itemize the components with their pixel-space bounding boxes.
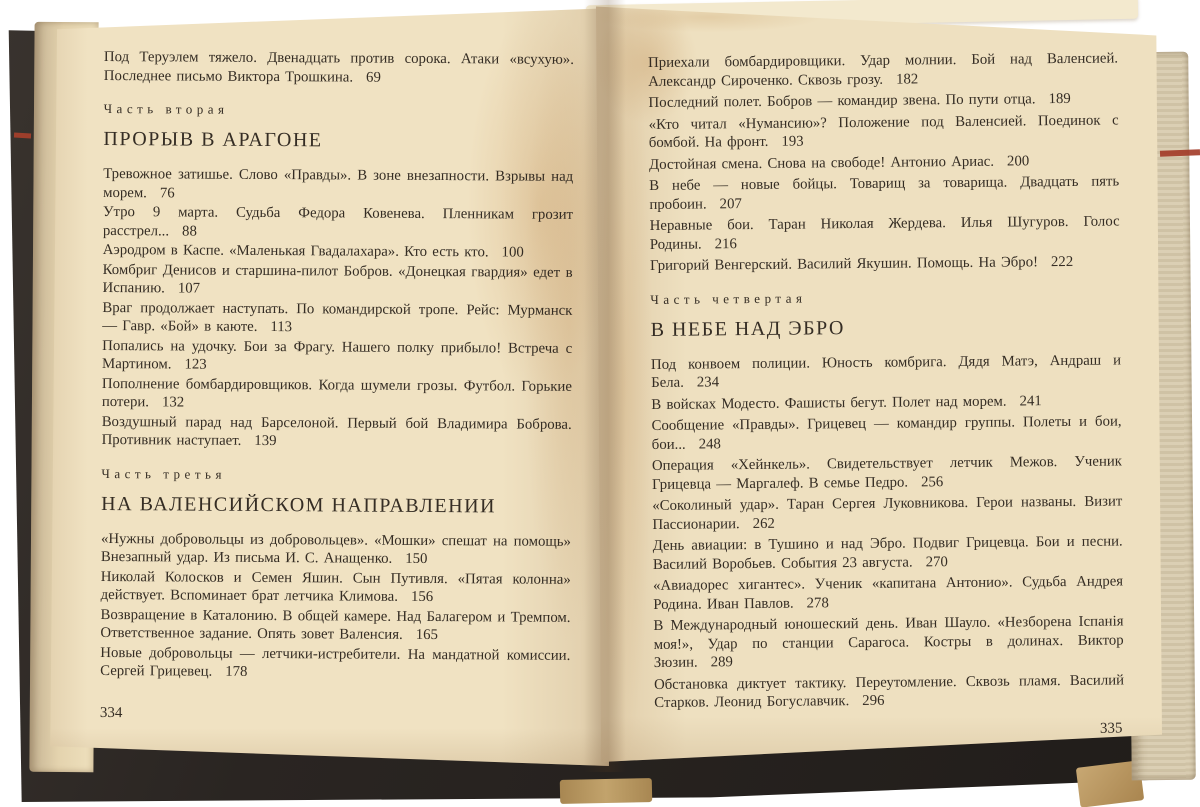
toc-entry: Утро 9 марта. Судьба Федора Ковенева. Пл…	[103, 203, 573, 243]
toc-entry: Николай Колосков и Семен Яшин. Сын Путив…	[101, 567, 571, 607]
toc-entry-pagenum: 100	[489, 244, 524, 260]
toc-entry-text: Под конвоем полиции. Юность комбрига. Дя…	[651, 352, 1121, 391]
toc-entry: Сообщение «Правды». Грицевец — командир …	[651, 412, 1121, 454]
red-edge-mark-left	[14, 133, 31, 139]
toc-entry-text: Последний полет. Бобров — командир звена…	[648, 91, 1035, 111]
toc-entry-text: «Соколиный удар». Таран Сергея Луковнико…	[652, 493, 1122, 532]
part-heading: Часть третья	[101, 465, 571, 484]
toc-entry-pagenum: 289	[698, 654, 733, 670]
chapter-title: В НЕБЕ НАД ЭБРО	[651, 313, 1121, 342]
toc-entry-pagenum: 278	[794, 595, 829, 611]
toc-entry-text: Николай Колосков и Семен Яшин. Сын Путив…	[101, 568, 571, 604]
gutter-shadow	[584, 0, 626, 772]
toc-entry: В войсках Модесто. Фашисты бегут. Полет …	[651, 391, 1121, 414]
toc-entry-pagenum: 222	[1038, 254, 1073, 270]
page-number-left: 334	[100, 704, 570, 724]
toc-entry: Новые добровольцы — летчики-истребители.…	[100, 643, 570, 683]
toc-entry-pagenum: 216	[702, 236, 737, 252]
toc-entry-pagenum: 76	[147, 185, 175, 201]
toc-entry-text: Григорий Венгерский. Василий Якушин. Пом…	[650, 254, 1038, 274]
toc-entry-text: «Нужны добровольцы из добровольцев». «Мо…	[101, 530, 571, 566]
toc-entry-pagenum: 234	[684, 374, 719, 390]
toc-entry-text: День авиации: в Тушино и над Эбро. Подви…	[653, 533, 1123, 572]
toc-entry-pagenum: 193	[768, 134, 803, 150]
toc-entry-text: Воздушный парад над Барселоной. Первый б…	[102, 413, 572, 448]
toc-entry-pagenum: 182	[883, 71, 918, 87]
toc-entry-pagenum: 200	[994, 153, 1029, 169]
toc-entry-pagenum: 256	[908, 474, 943, 490]
right-page-text-column: Приехали бомбардировщики. Удар молнии. Б…	[648, 49, 1125, 741]
left-page: Под Теруэлем тяжело. Двенадцать против с…	[48, 8, 614, 766]
toc-entry: Григорий Венгерский. Василий Якушин. Пом…	[650, 252, 1120, 275]
toc-entry-pagenum: 113	[257, 319, 292, 335]
toc-entry-pagenum: 270	[913, 554, 948, 570]
toc-entry: Обстановка диктует тактику. Переутомлени…	[654, 671, 1124, 713]
toc-entry: Воздушный парад над Барселоной. Первый б…	[102, 412, 572, 452]
toc-entry-pagenum: 189	[1035, 91, 1070, 107]
toc-entry-text: Операция «Хейнкель». Свидетельствует лет…	[652, 453, 1122, 492]
toc-entry: Неравные бои. Таран Николая Жердева. Иль…	[650, 212, 1120, 254]
toc-entry-pagenum: 88	[169, 223, 197, 239]
toc-entry-text: В войсках Модесто. Фашисты бегут. Полет …	[651, 393, 1006, 412]
book-photo: Под Теруэлем тяжело. Двенадцать против с…	[0, 0, 1200, 807]
toc-entry-text: «Кто читал «Нумансию»? Положение под Вал…	[649, 112, 1119, 151]
toc-entry-pagenum: 296	[849, 693, 884, 709]
toc-entry: Возвращение в Каталонию. В общей камере.…	[100, 605, 570, 645]
toc-entry-text: Возвращение в Каталонию. В общей камере.…	[100, 606, 570, 642]
toc-entry-pagenum: 107	[165, 280, 200, 296]
toc-entry-pagenum: 241	[1006, 393, 1041, 409]
toc-entry-text: Достойная смена. Снова на свободе! Антон…	[649, 153, 994, 172]
part-heading: Часть вторая	[104, 101, 574, 120]
toc-entry: Аэродром в Каспе. «Маленькая Гвадалахара…	[103, 241, 573, 262]
toc-entry-pagenum: 69	[353, 69, 381, 85]
toc-entry-text: Под Теруэлем тяжело. Двенадцать против с…	[104, 49, 574, 85]
toc-entry-pagenum: 123	[171, 356, 206, 372]
page-number-right: 335	[654, 720, 1124, 742]
toc-entry-pagenum: 207	[707, 196, 742, 212]
toc-entry-pagenum: 132	[149, 394, 184, 410]
toc-entry: Пополнение бомбардировщиков. Когда шумел…	[102, 374, 572, 414]
toc-entry-pagenum: 139	[241, 433, 276, 449]
toc-entry: Комбриг Денисов и старшина-пилот Бобров.…	[102, 260, 572, 300]
red-edge-mark-right	[1160, 149, 1200, 156]
toc-entry: «Нужны добровольцы из добровольцев». «Мо…	[101, 529, 571, 569]
toc-entry-text: Обстановка диктует тактику. Переутомлени…	[654, 672, 1124, 711]
toc-entry-text: Сообщение «Правды». Грицевец — командир …	[651, 413, 1121, 452]
toc-entry-pagenum: 178	[212, 664, 247, 680]
toc-entry-pagenum: 262	[740, 515, 775, 531]
toc-entry-text: «Авиадорес хигантес». Ученик «капитана А…	[653, 573, 1123, 612]
left-page-text-column: Под Теруэлем тяжело. Двенадцать против с…	[100, 48, 574, 724]
toc-entry: Под конвоем полиции. Юность комбрига. Дя…	[651, 351, 1121, 393]
toc-entry-pagenum: 165	[403, 627, 438, 643]
toc-entry: Попались на удочку. Бои за Фрагу. Нашего…	[102, 336, 572, 376]
chapter-title: ПРОРЫВ В АРАГОНЕ	[103, 127, 573, 154]
toc-entry: «Соколиный удар». Таран Сергея Луковнико…	[652, 492, 1122, 534]
chapter-title: НА ВАЛЕНСИЙСКОМ НАПРАВЛЕНИИ	[101, 491, 571, 518]
toc-entry: «Кто читал «Нумансию»? Положение под Вал…	[649, 111, 1119, 153]
toc-entry-pagenum: 150	[392, 551, 427, 567]
toc-entry: Приехали бомбардировщики. Удар молнии. Б…	[648, 49, 1118, 91]
toc-entry: В небе — новые бойцы. Товарищ за товарищ…	[649, 172, 1119, 214]
toc-entry: День авиации: в Тушино и над Эбро. Подви…	[653, 532, 1123, 574]
toc-entry: Тревожное затишье. Слово «Правды». В зон…	[103, 165, 573, 205]
toc-entry-text: Враг продолжает наступать. По командирск…	[102, 299, 572, 334]
toc-entry: Достойная смена. Снова на свободе! Антон…	[649, 151, 1119, 174]
toc-entry-text: Аэродром в Каспе. «Маленькая Гвадалахара…	[103, 242, 489, 260]
toc-entry-pagenum: 248	[686, 436, 721, 452]
toc-entry: Операция «Хейнкель». Свидетельствует лет…	[652, 452, 1122, 494]
part-heading: Часть четвертая	[650, 287, 1120, 308]
toc-entry: В Международный юношеский день. Иван Шау…	[653, 612, 1124, 672]
toc-entry-text: Новые добровольцы — летчики-истребители.…	[100, 644, 570, 679]
toc-entry: Последний полет. Бобров — командир звена…	[648, 89, 1118, 112]
toc-entry: Под Теруэлем тяжело. Двенадцать против с…	[104, 48, 574, 88]
toc-entry-pagenum: 156	[398, 589, 433, 605]
right-page: Приехали бомбардировщики. Удар молнии. Б…	[596, 2, 1162, 762]
spine-bottom-tab	[560, 778, 652, 804]
toc-entry: Враг продолжает наступать. По командирск…	[102, 298, 572, 338]
toc-entry: «Авиадорес хигантес». Ученик «капитана А…	[653, 572, 1123, 614]
